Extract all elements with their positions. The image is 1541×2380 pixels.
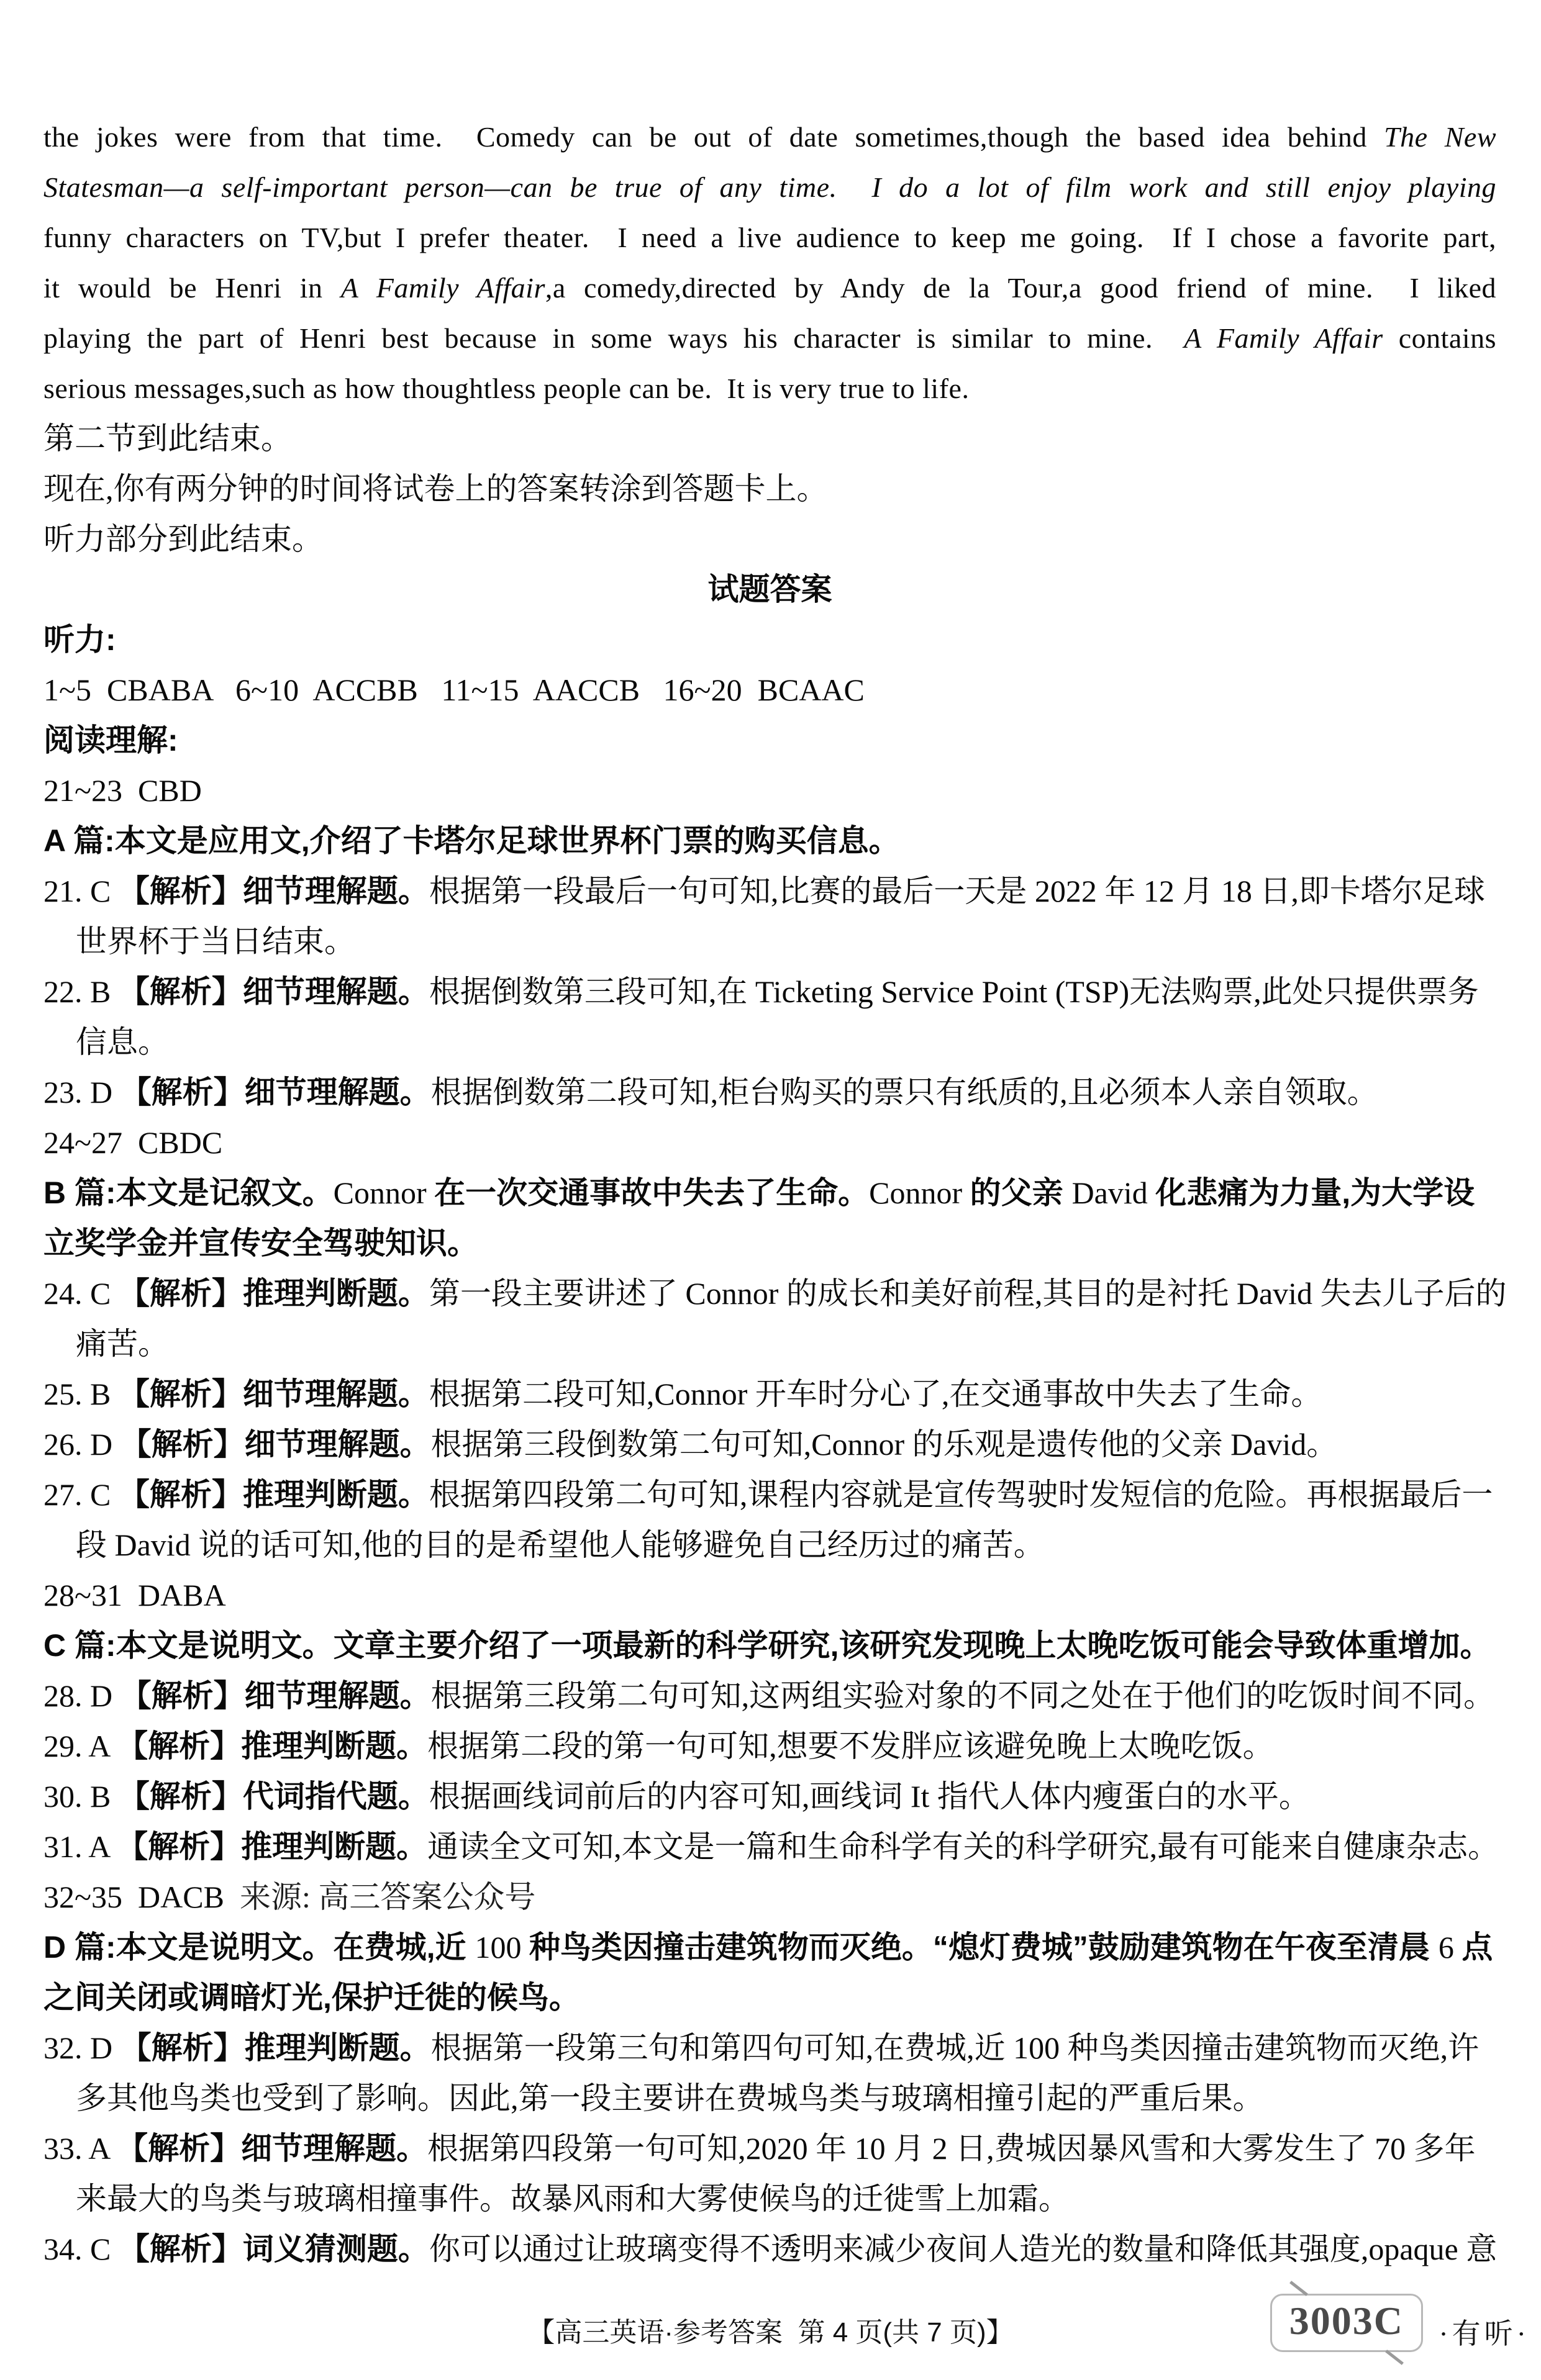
item-28-seg-2: 根据第三段第二句可知,这两组实验对象的不同之处在于他们的吃饭时间不同。	[431, 1678, 1495, 1713]
english-line-2: Statesman—a self-important person—can be…	[43, 162, 1496, 212]
answers-24-27: 24~27 CBDC	[43, 1118, 1496, 1168]
listening-answers-seg-0: 1~5 CBABA 6~10 ACCBB 11~15 AACCB 16~20 B…	[43, 672, 865, 707]
passage-c-summary-seg-0: C 篇:本文是说明文。文章主要介绍了一项最新的科学研究,该研究发现晚上太晚吃饭可…	[43, 1628, 1491, 1663]
english-line-3: funny characters on TV,but I prefer thea…	[43, 212, 1496, 263]
item-29-seg-2: 根据第二段的第一句可知,想要不发胖应该避免晚上太晚吃饭。	[427, 1729, 1274, 1763]
item-24-seg-0: 24. C	[43, 1276, 119, 1311]
passage-b-summary-cont: 立奖学金并宣传安全驾驶知识。	[43, 1218, 1496, 1269]
item-29: 29. A 【解析】推理判断题。根据第二段的第一句可知,想要不发胖应该避免晚上太…	[43, 1721, 1496, 1771]
item-32-seg-0: 32. D	[43, 2030, 120, 2065]
passage-d-summary-cont: 之间关闭或调暗灯光,保护迁徙的候鸟。	[43, 1973, 1496, 2023]
item-21-seg-0: 21. C	[43, 874, 119, 908]
item-30-seg-0: 30. B	[43, 1779, 119, 1814]
item-26-seg-2: 根据第三段倒数第二句可知,Connor 的乐观是遗传他的父亲 David。	[431, 1427, 1338, 1462]
answers-21-23: 21~23 CBD	[43, 766, 1496, 816]
item-25-seg-1: 【解析】细节理解题。	[119, 1377, 429, 1411]
passage-b-summary: B 篇:本文是记叙文。Connor 在一次交通事故中失去了生命。Connor 的…	[43, 1168, 1496, 1218]
passage-d-summary-cont-seg-0: 之间关闭或调暗灯光,保护迁徙的候鸟。	[43, 1980, 580, 2015]
english-line-4: it would be Henri in A Family Affair,a c…	[43, 263, 1496, 313]
exam-code-box: 3003C	[1270, 2294, 1423, 2352]
item-31-seg-1: 【解析】推理判断题。	[117, 1829, 427, 1864]
answers-32-35-seg-0: 32~35 DACB	[43, 1880, 240, 1914]
passage-d-summary-seg-3: 6	[1439, 1930, 1462, 1965]
answers-28-31-seg-0: 28~31 DABA	[43, 1578, 226, 1613]
instruction-listening-end: 听力部分到此结束。	[43, 514, 1496, 564]
page-footer: 【高三英语·参考答案 第 4 页(共 7 页)】 3003C ·有听·	[0, 2292, 1541, 2367]
item-32-seg-2: 根据第一段第三句和第四句可知,在费城,近 100 种鸟类因撞击建筑物而灭绝,许	[431, 2030, 1480, 2065]
passage-b-summary-seg-4: 的父亲	[970, 1175, 1072, 1210]
passage-d-summary-seg-2: 种鸟类因撞击建筑物而灭绝。“熄灯费城”鼓励建筑物在午夜至清晨	[529, 1930, 1439, 1965]
answers-32-35-seg-1: 来源: 高三答案公众号	[240, 1880, 535, 1914]
english-line-6: serious messages,such as how thoughtless…	[43, 363, 1496, 414]
item-34-seg-1: 【解析】词义猜测题。	[119, 2232, 429, 2266]
item-27: 27. C 【解析】推理判断题。根据第四段第二句可知,课程内容就是宣传驾驶时发短…	[43, 1470, 1496, 1520]
item-26: 26. D 【解析】细节理解题。根据第三段倒数第二句可知,Connor 的乐观是…	[43, 1419, 1496, 1470]
item-24-cont-seg-0: 痛苦。	[76, 1326, 169, 1361]
item-22-seg-0: 22. B	[43, 974, 119, 1009]
passage-b-summary-seg-1: Connor	[334, 1175, 435, 1210]
english-line-5-seg-1: A Family Affair	[1184, 322, 1383, 354]
instruction-section-end: 第二节到此结束。	[43, 414, 1496, 464]
reading-label: 阅读理解:	[43, 715, 1496, 766]
passage-b-summary-seg-5: David	[1072, 1175, 1156, 1210]
english-line-3-seg-0: funny characters on TV,but I prefer thea…	[43, 222, 1496, 253]
footer-listening-badge: ·有听·	[1439, 2311, 1530, 2352]
item-33-cont-seg-0: 来最大的鸟类与玻璃相撞事件。故暴风雨和大雾使候鸟的迁徙雪上加霜。	[76, 2181, 1070, 2216]
item-26-seg-1: 【解析】细节理解题。	[120, 1427, 431, 1462]
item-22-seg-1: 【解析】细节理解题。	[119, 974, 429, 1009]
english-line-4-seg-0: it would be Henri in	[43, 272, 341, 304]
english-line-4-seg-2: ,a comedy,directed by Andy de la Tour,a …	[545, 272, 1496, 304]
item-33-seg-0: 33. A	[43, 2131, 117, 2166]
item-27-seg-1: 【解析】推理判断题。	[119, 1477, 429, 1512]
item-33-seg-2: 根据第四段第一句可知,2020 年 10 月 2 日,费城因暴风雪和大雾发生了 …	[427, 2131, 1476, 2166]
instruction-transfer-answers-seg-0: 现在,你有两分钟的时间将试卷上的答案转涂到答题卡上。	[43, 471, 828, 506]
english-line-1-seg-0: the jokes were from that time. Comedy ca…	[43, 121, 1384, 153]
passage-b-summary-seg-2: 在一次交通事故中失去了生命。	[434, 1175, 869, 1210]
passage-a-summary-seg-0: A 篇:本文是应用文,介绍了卡塔尔足球世界杯门票的购买信息。	[43, 823, 900, 858]
passage-c-summary: C 篇:本文是说明文。文章主要介绍了一项最新的科学研究,该研究发现晚上太晚吃饭可…	[43, 1621, 1496, 1671]
item-21-seg-1: 【解析】细节理解题。	[119, 874, 429, 908]
item-30-seg-2: 根据画线词前后的内容可知,画线词 It 指代人体内瘦蛋白的水平。	[429, 1779, 1310, 1814]
passage-d-summary-seg-4: 点	[1461, 1930, 1493, 1965]
english-line-1: the jokes were from that time. Comedy ca…	[43, 112, 1496, 162]
item-33-seg-1: 【解析】细节理解题。	[117, 2131, 427, 2166]
item-24-seg-2: 第一段主要讲述了 Connor 的成长和美好前程,其目的是衬托 David 失去…	[429, 1276, 1507, 1311]
item-27-cont-seg-0: 段 David 说的话可知,他的目的是希望他人能够避免自己经历过的痛苦。	[76, 1527, 1045, 1562]
item-27-seg-0: 27. C	[43, 1477, 119, 1512]
passage-a-summary: A 篇:本文是应用文,介绍了卡塔尔足球世界杯门票的购买信息。	[43, 816, 1496, 866]
english-line-4-seg-1: A Family Affair	[341, 272, 545, 304]
english-line-6-seg-0: serious messages,such as how thoughtless…	[43, 373, 969, 404]
item-32: 32. D 【解析】推理判断题。根据第一段第三句和第四句可知,在费城,近 100…	[43, 2023, 1496, 2073]
item-22-cont: 信息。	[43, 1017, 1496, 1067]
item-28: 28. D 【解析】细节理解题。根据第三段第二句可知,这两组实验对象的不同之处在…	[43, 1671, 1496, 1721]
listening-answers: 1~5 CBABA 6~10 ACCBB 11~15 AACCB 16~20 B…	[43, 665, 1496, 715]
corner-tick-bottom-icon	[1385, 2350, 1404, 2365]
instruction-listening-end-seg-0: 听力部分到此结束。	[43, 522, 323, 556]
item-23-seg-1: 【解析】细节理解题。	[120, 1075, 431, 1110]
item-34-seg-0: 34. C	[43, 2232, 119, 2266]
listening-label-seg-0: 听力:	[43, 622, 116, 657]
exam-code: 3003C	[1289, 2299, 1404, 2343]
item-32-cont-seg-0: 多其他鸟类也受到了影响。因此,第一段主要讲在费城鸟类与玻璃相撞引起的严重后果。	[76, 2081, 1264, 2115]
item-23: 23. D 【解析】细节理解题。根据倒数第二段可知,柜台购买的票只有纸质的,且必…	[43, 1067, 1496, 1118]
item-30: 30. B 【解析】代词指代题。根据画线词前后的内容可知,画线词 It 指代人体…	[43, 1771, 1496, 1822]
item-29-seg-0: 29. A	[43, 1729, 117, 1763]
passage-b-summary-seg-6: 化悲痛为力量,为大学设	[1155, 1175, 1475, 1210]
corner-tick-top-icon	[1289, 2281, 1308, 2296]
answers-21-23-seg-0: 21~23 CBD	[43, 773, 202, 808]
item-25-seg-2: 根据第二段可知,Connor 开车时分心了,在交通事故中失去了生命。	[429, 1377, 1322, 1411]
item-34-seg-2: 你可以通过让玻璃变得不透明来减少夜间人造光的数量和降低其强度,opaque 意	[429, 2232, 1497, 2266]
item-23-seg-0: 23. D	[43, 1075, 120, 1110]
passage-b-summary-cont-seg-0: 立奖学金并宣传安全驾驶知识。	[43, 1226, 478, 1260]
answer-key-body: the jokes were from that time. Comedy ca…	[43, 112, 1496, 2274]
item-32-cont: 多其他鸟类也受到了影响。因此,第一段主要讲在费城鸟类与玻璃相撞引起的严重后果。	[43, 2073, 1496, 2124]
item-28-seg-1: 【解析】细节理解题。	[120, 1678, 431, 1713]
item-21-seg-2: 根据第一段最后一句可知,比赛的最后一天是 2022 年 12 月 18 日,即卡…	[429, 874, 1485, 908]
answers-24-27-seg-0: 24~27 CBDC	[43, 1125, 222, 1160]
english-line-2-seg-0: Statesman—a self-important person—can be…	[43, 171, 1496, 203]
answers-32-35: 32~35 DACB 来源: 高三答案公众号	[43, 1872, 1496, 1922]
item-21-cont-seg-0: 世界杯于当日结束。	[76, 924, 355, 959]
item-24-cont: 痛苦。	[43, 1319, 1496, 1369]
item-21: 21. C 【解析】细节理解题。根据第一段最后一句可知,比赛的最后一天是 202…	[43, 866, 1496, 916]
item-24-seg-1: 【解析】推理判断题。	[119, 1276, 429, 1311]
answer-key-page: the jokes were from that time. Comedy ca…	[0, 0, 1541, 2380]
item-33-cont: 来最大的鸟类与玻璃相撞事件。故暴风雨和大雾使候鸟的迁徙雪上加霜。	[43, 2174, 1496, 2224]
item-23-seg-2: 根据倒数第二段可知,柜台购买的票只有纸质的,且必须本人亲自领取。	[431, 1075, 1378, 1110]
item-30-seg-1: 【解析】代词指代题。	[119, 1779, 429, 1814]
item-33: 33. A 【解析】细节理解题。根据第四段第一句可知,2020 年 10 月 2…	[43, 2124, 1496, 2174]
instruction-transfer-answers: 现在,你有两分钟的时间将试卷上的答案转涂到答题卡上。	[43, 464, 1496, 514]
item-32-seg-1: 【解析】推理判断题。	[120, 2030, 431, 2065]
reading-label-seg-0: 阅读理解:	[43, 723, 178, 758]
english-line-5-seg-0: playing the part of Henri best because i…	[43, 322, 1184, 354]
instruction-section-end-seg-0: 第二节到此结束。	[43, 421, 292, 456]
passage-b-summary-seg-0: B 篇:本文是记叙文。	[43, 1175, 334, 1210]
item-22-cont-seg-0: 信息。	[76, 1025, 169, 1059]
answers-title-seg-0: 试题答案	[708, 572, 832, 607]
english-line-5-seg-2: contains	[1383, 322, 1496, 354]
passage-d-summary-seg-0: D 篇:本文是说明文。在费城,近	[43, 1930, 475, 1965]
item-31-seg-0: 31. A	[43, 1829, 117, 1864]
item-31-seg-2: 通读全文可知,本文是一篇和生命科学有关的科学研究,最有可能来自健康杂志。	[427, 1829, 1499, 1864]
item-34: 34. C 【解析】词义猜测题。你可以通过让玻璃变得不透明来减少夜间人造光的数量…	[43, 2224, 1496, 2274]
item-25-seg-0: 25. B	[43, 1377, 119, 1411]
item-29-seg-1: 【解析】推理判断题。	[117, 1729, 427, 1763]
passage-d-summary-seg-1: 100	[475, 1930, 529, 1965]
item-22: 22. B 【解析】细节理解题。根据倒数第三段可知,在 Ticketing Se…	[43, 967, 1496, 1017]
english-line-1-seg-1: The New	[1384, 121, 1496, 153]
item-27-seg-2: 根据第四段第二句可知,课程内容就是宣传驾驶时发短信的危险。再根据最后一	[429, 1477, 1493, 1512]
item-22-seg-2: 根据倒数第三段可知,在 Ticketing Service Point (TSP…	[429, 974, 1479, 1009]
item-28-seg-0: 28. D	[43, 1678, 120, 1713]
english-line-5: playing the part of Henri best because i…	[43, 313, 1496, 363]
answers-title: 试题答案	[43, 564, 1496, 615]
item-26-seg-0: 26. D	[43, 1427, 120, 1462]
answers-28-31: 28~31 DABA	[43, 1570, 1496, 1621]
item-25: 25. B 【解析】细节理解题。根据第二段可知,Connor 开车时分心了,在交…	[43, 1369, 1496, 1419]
item-21-cont: 世界杯于当日结束。	[43, 916, 1496, 967]
passage-b-summary-seg-3: Connor	[869, 1175, 970, 1210]
item-31: 31. A 【解析】推理判断题。通读全文可知,本文是一篇和生命科学有关的科学研究…	[43, 1822, 1496, 1872]
item-24: 24. C 【解析】推理判断题。第一段主要讲述了 Connor 的成长和美好前程…	[43, 1269, 1496, 1319]
footer-page-label: 【高三英语·参考答案 第 4 页(共 7 页)】	[527, 2310, 1013, 2350]
item-27-cont: 段 David 说的话可知,他的目的是希望他人能够避免自己经历过的痛苦。	[43, 1520, 1496, 1570]
passage-d-summary: D 篇:本文是说明文。在费城,近 100 种鸟类因撞击建筑物而灭绝。“熄灯费城”…	[43, 1922, 1496, 1973]
listening-label: 听力:	[43, 615, 1496, 665]
